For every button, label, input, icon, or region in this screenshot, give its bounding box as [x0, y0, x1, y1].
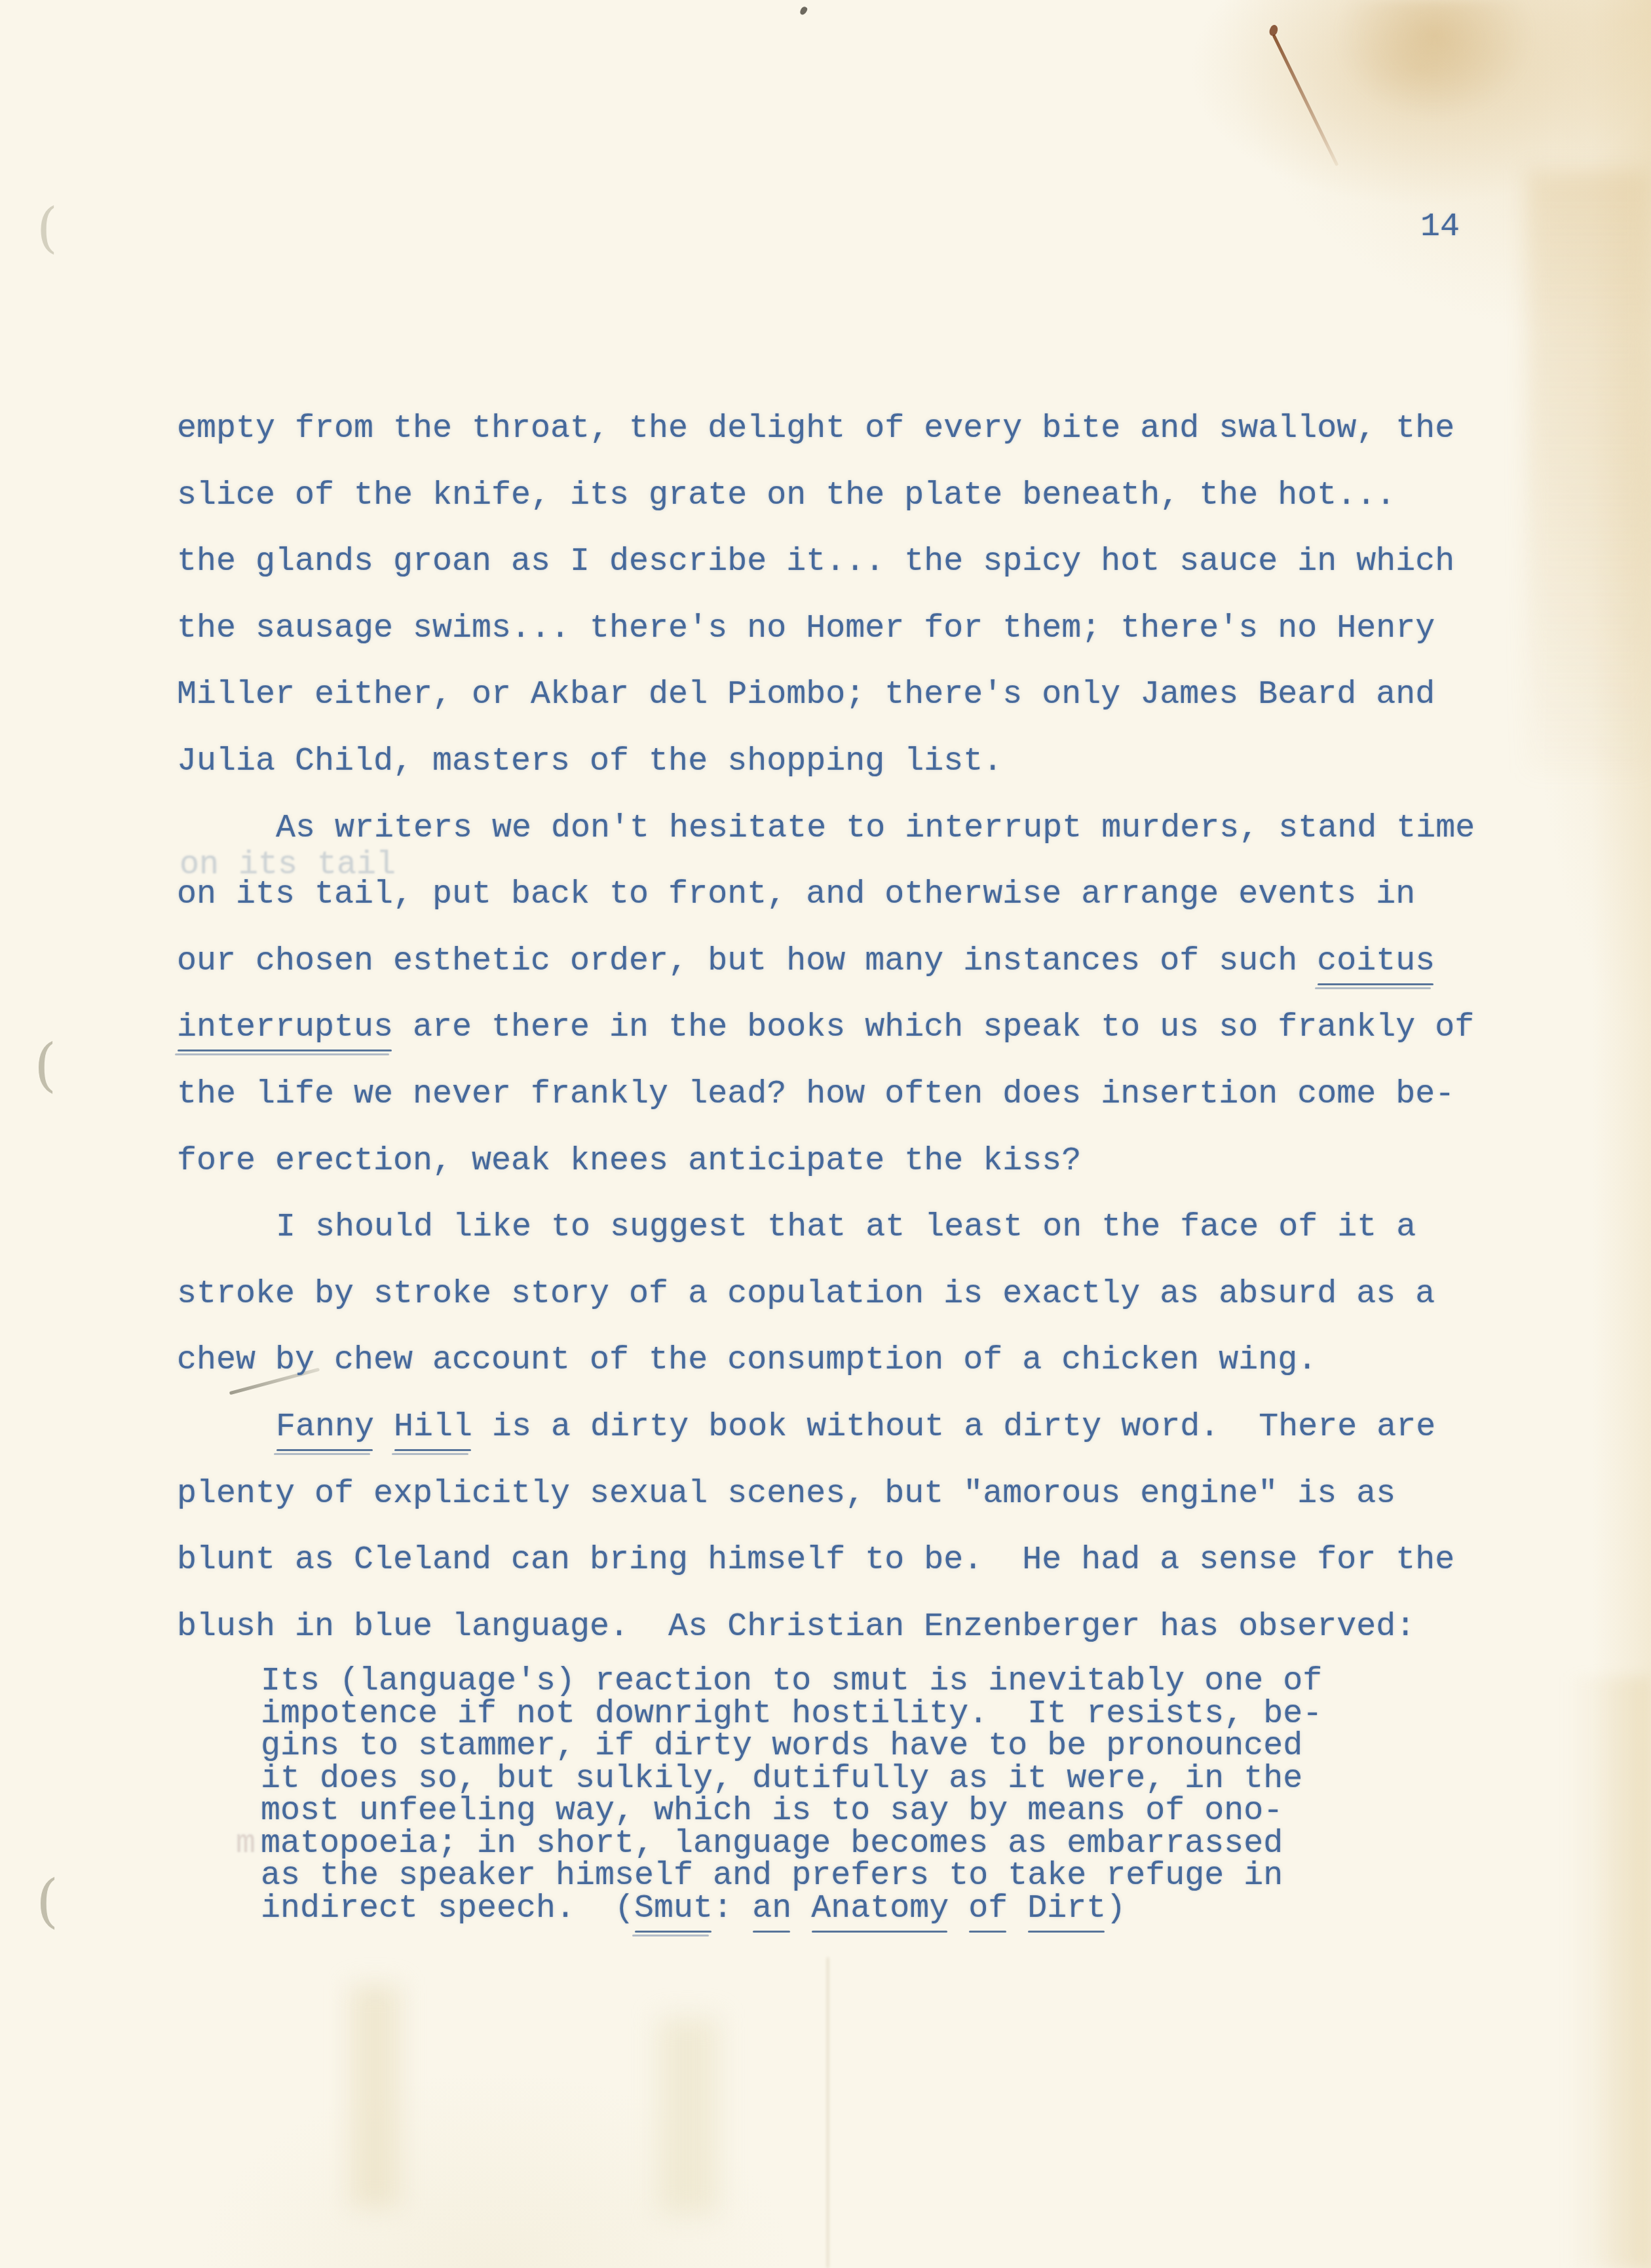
text-line: Fanny Hill is a dirty book without a dir… [177, 1394, 1475, 1461]
text-line: fore erection, weak knees anticipate the… [177, 1128, 1475, 1195]
text-line: Miller either, or Akbar del Piombo; ther… [177, 662, 1475, 728]
page-number: 14 [1420, 208, 1460, 246]
quote-line: indirect speech. (Smut: an Anatomy of Di… [261, 1893, 1322, 1925]
quote-line: as the speaker himself and prefers to ta… [261, 1860, 1322, 1893]
text-line: blush in blue language. As Christian Enz… [177, 1594, 1475, 1661]
ghost-letter: m [236, 1828, 256, 1861]
text-segment [1008, 1890, 1027, 1927]
text-line: the life we never frankly lead? how ofte… [177, 1061, 1475, 1128]
text-segment: ) [1106, 1890, 1126, 1927]
crease-mark [1272, 34, 1339, 166]
text-line: As writers we don't hesitate to interrup… [177, 795, 1475, 862]
text-line: empty from the throat, the delight of ev… [177, 396, 1475, 463]
text-line: interruptus are there in the books which… [177, 994, 1475, 1061]
text-segment: indirect speech. ( [261, 1890, 634, 1927]
quote-block: Its (language's) reaction to smut is ine… [261, 1665, 1322, 1925]
manuscript-page: ( ( ( 14 on its tail m empty from the th… [0, 0, 1651, 2268]
text-segment: are there in the books which speak to us… [393, 1009, 1474, 1046]
quote-line: most unfeeling way, which is to say by m… [261, 1795, 1322, 1828]
text-line: chew by chew account of the consumption … [177, 1327, 1475, 1394]
text-line: the sausage swims... there's no Homer fo… [177, 595, 1475, 662]
fold-line [827, 1957, 829, 2268]
underlined-word: Dirt [1027, 1890, 1106, 1927]
underlined-word: Fanny [276, 1408, 374, 1446]
text-line: on its tail, put back to front, and othe… [177, 861, 1475, 928]
typed-body: empty from the throat, the delight of ev… [177, 396, 1475, 1660]
underlined-word: of [968, 1890, 1008, 1927]
text-line: the glands groan as I describe it... the… [177, 529, 1475, 595]
underlined-word: Hill [394, 1408, 472, 1446]
underlined-word: Smut [634, 1890, 713, 1927]
quote-line: impotence if not downright hostility. It… [261, 1698, 1322, 1731]
bottom-streak [658, 2018, 717, 2214]
quote-line: matopoeia; in short, language becomes as… [261, 1828, 1322, 1861]
text-line: I should like to suggest that at least o… [177, 1194, 1475, 1261]
underlined-word: coitus [1317, 943, 1435, 980]
underlined-word: interruptus [177, 1009, 393, 1046]
paper-speck [799, 6, 808, 16]
text-line: stroke by stroke story of a copulation i… [177, 1261, 1475, 1328]
edge-stain [1527, 170, 1651, 773]
text-line: slice of the knife, its grate on the pla… [177, 463, 1475, 529]
text-segment [791, 1890, 811, 1927]
margin-paren-mark: ( [36, 1872, 58, 1930]
text-segment: : [713, 1890, 752, 1927]
text-segment: our chosen esthetic order, but how many … [177, 943, 1317, 980]
crease-mark-tip [1268, 24, 1280, 37]
quote-line: it does so, but sulkily, dutifully as it… [261, 1763, 1322, 1796]
bottom-right-stain [1566, 1677, 1651, 2268]
underlined-word: an [752, 1890, 791, 1927]
text-segment [949, 1890, 968, 1927]
underlined-word: Anatomy [811, 1890, 949, 1927]
text-segment [374, 1408, 394, 1446]
margin-paren-mark: ( [34, 1036, 56, 1094]
corner-stain [1337, 0, 1533, 118]
margin-paren-mark: ( [37, 202, 58, 255]
text-line: blunt as Cleland can bring himself to be… [177, 1527, 1475, 1594]
text-segment: is a dirty book without a dirty word. Th… [472, 1408, 1435, 1446]
text-line: our chosen esthetic order, but how many … [177, 928, 1475, 995]
quote-line: Its (language's) reaction to smut is ine… [261, 1665, 1322, 1698]
text-line: plenty of explicitly sexual scenes, but … [177, 1461, 1475, 1528]
text-line: Julia Child, masters of the shopping lis… [177, 728, 1475, 795]
bottom-streak [351, 1985, 400, 2208]
quote-line: gins to stammer, if dirty words have to … [261, 1730, 1322, 1763]
